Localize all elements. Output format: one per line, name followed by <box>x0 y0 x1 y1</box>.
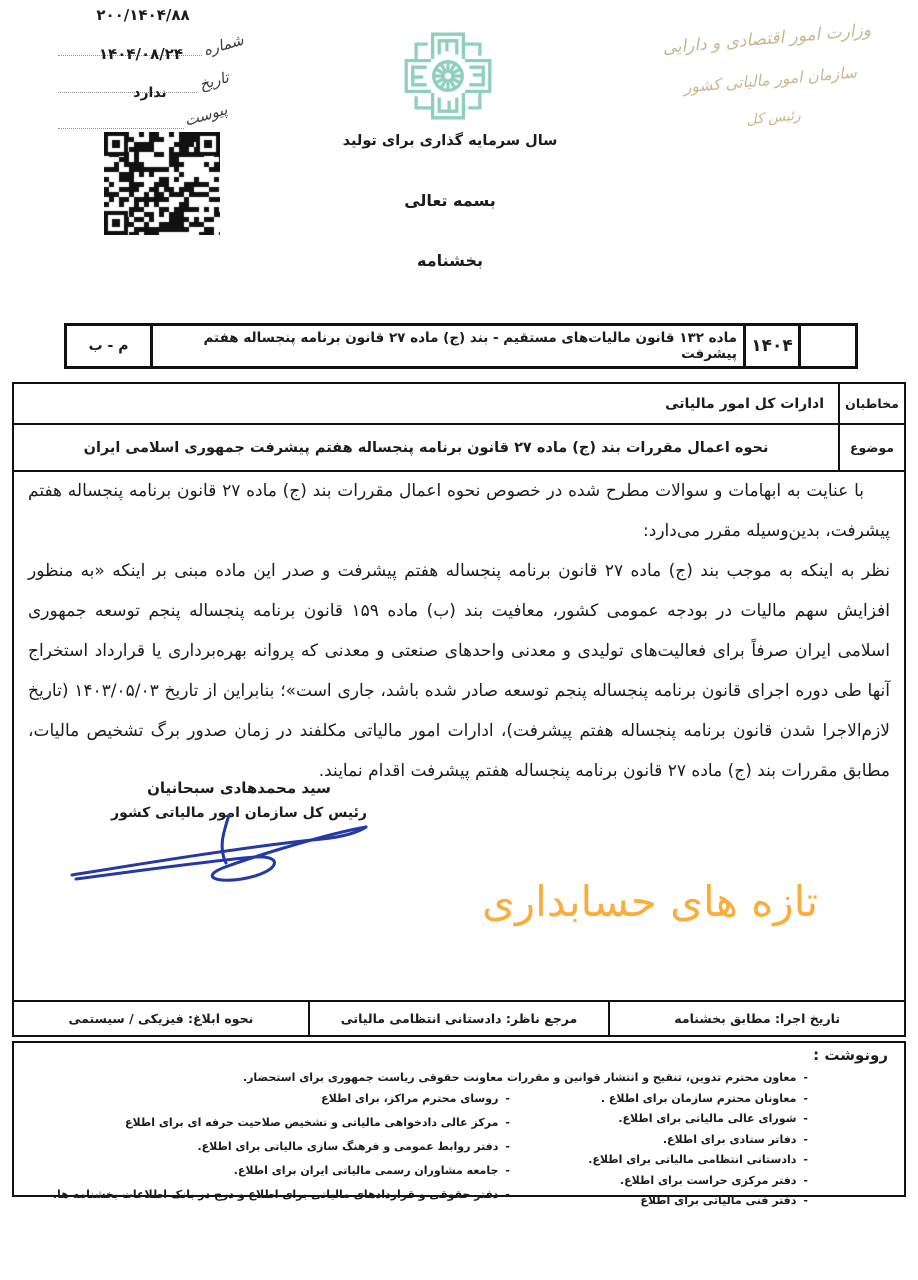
body-paragraph-2: نظر به اینکه به موجب بند (ج) ماده ۲۷ قان… <box>28 551 890 791</box>
footer-info-table: تاریخ اجرا: مطابق بخشنامه مرجع ناظر: داد… <box>12 1000 906 1037</box>
dash-marker: - <box>505 1087 510 1111</box>
copy-to-item: - روسای محترم مراکز، برای اطلاع <box>53 1087 510 1111</box>
number-label: شماره <box>201 31 245 60</box>
attachment-value: ندارد <box>120 85 180 101</box>
dash-marker: - <box>803 1191 808 1212</box>
handwritten-signature-icon <box>66 811 396 889</box>
copy-to-item-text: معاون محترم تدوین، تنقیح و انتشار قوانین… <box>243 1068 797 1089</box>
recipients-label: مخاطبان <box>838 384 904 423</box>
letter-number-value: ۲۰۰/۱۴۰۴/۸۸ <box>88 6 198 24</box>
copy-to-item-text: دفاتر ستادی برای اطلاع. <box>663 1130 797 1151</box>
recipients-row: مخاطبان ادارات کل امور مالیاتی <box>14 384 904 423</box>
classification-reference: ماده ۱۳۲ قانون مالیات‌های مستقیم - بند (… <box>153 326 743 366</box>
copy-to-item-text: روسای محترم مراکز، برای اطلاع <box>321 1087 498 1111</box>
watermark-text: تازه های حسابداری <box>482 877 818 926</box>
execution-date-cell: تاریخ اجرا: مطابق بخشنامه <box>610 1002 904 1035</box>
copy-to-item: - دفتر حقوقی و قراردادهای مالیاتی برای ا… <box>53 1183 510 1207</box>
copy-to-item-text: دفتر مرکزی حراست برای اطلاع. <box>620 1171 796 1192</box>
recipients-value: ادارات کل امور مالیاتی <box>14 384 838 423</box>
copy-to-item: - معاون محترم تدوین، تنقیح و انتشار قوان… <box>243 1068 808 1089</box>
document-type-title: بخشنامه <box>330 251 570 270</box>
attachment-label: پیوست <box>182 100 229 129</box>
copy-to-item-text: جامعه مشاوران رسمی مالیاتی ایران برای اط… <box>234 1159 499 1183</box>
notification-mode-cell: نحوه ابلاغ: فیزیکی / سیستمی <box>14 1002 308 1035</box>
year-slogan: سال سرمایه گذاری برای تولید <box>330 133 570 149</box>
dash-marker: - <box>803 1089 808 1110</box>
letter-date-value: ۱۴۰۴/۰۸/۲۴ <box>96 45 186 63</box>
copy-to-box: رونوشت : - معاون محترم تدوین، تنقیح و ان… <box>12 1041 906 1197</box>
classification-table: م - ب ماده ۱۳۲ قانون مالیات‌های مستقیم -… <box>64 323 858 369</box>
bismillah-text: بسمه تعالی <box>330 191 570 210</box>
dash-marker: - <box>505 1183 510 1207</box>
classification-code: م - ب <box>67 326 153 366</box>
signature-stroke <box>72 815 366 880</box>
copy-to-item-text: دفتر فنی مالیاتی برای اطلاع <box>640 1191 796 1212</box>
copy-to-item-text: معاونان محترم سازمان برای اطلاع . <box>601 1089 797 1110</box>
copy-to-left-column: - روسای محترم مراکز، برای اطلاع - مرکز ع… <box>53 1087 510 1207</box>
copy-to-item-text: دادستانی انتظامی مالیاتی برای اطلاع. <box>588 1150 796 1171</box>
dash-marker: - <box>803 1068 808 1089</box>
copy-to-item: - دفتر روابط عمومی و فرهنگ سازی مالیاتی … <box>53 1135 510 1159</box>
letter-body: با عنایت به ابهامات و سوالات مطرح شده در… <box>12 461 906 1000</box>
dash-marker: - <box>505 1135 510 1159</box>
dash-marker: - <box>505 1159 510 1183</box>
signatory-name: سید محمدهادی سبحانیان <box>74 779 404 797</box>
body-paragraph-1: با عنایت به ابهامات و سوالات مطرح شده در… <box>28 471 890 551</box>
copy-to-label: رونوشت : <box>813 1046 888 1064</box>
copy-to-item-text: دفتر حقوقی و قراردادهای مالیاتی برای اطل… <box>53 1183 499 1207</box>
date-label: تاریخ <box>197 68 231 94</box>
classification-empty-cell <box>801 326 855 366</box>
recipients-subject-table: مخاطبان ادارات کل امور مالیاتی موضوع نحو… <box>12 382 906 472</box>
dash-marker: - <box>803 1150 808 1171</box>
dash-marker: - <box>803 1130 808 1151</box>
tax-organization-emblem-icon <box>393 20 503 132</box>
dash-marker: - <box>803 1109 808 1130</box>
copy-to-item-text: شورای عالی مالیاتی برای اطلاع. <box>618 1109 796 1130</box>
copy-to-item: - جامعه مشاوران رسمی مالیاتی ایران برای … <box>53 1159 510 1183</box>
copy-to-item-text: دفتر روابط عمومی و فرهنگ سازی مالیاتی بر… <box>197 1135 498 1159</box>
copy-to-item-text: مرکز عالی دادخواهی مالیاتی و تشخیص صلاحی… <box>125 1111 498 1135</box>
classification-year: ۱۴۰۴ <box>743 326 801 366</box>
copy-to-item: - مرکز عالی دادخواهی مالیاتی و تشخیص صلا… <box>53 1111 510 1135</box>
dash-marker: - <box>505 1111 510 1135</box>
supervisor-cell: مرجع ناظر: دادستانی انتظامی مالیاتی <box>308 1002 611 1035</box>
ministry-letterhead: وزارت امور اقتصادی و دارایی سازمان امور … <box>625 6 914 148</box>
circular-document: ۲۰۰/۱۴۰۴/۸۸ شماره ۱۴۰۴/۰۸/۲۴ تاریخ ندارد… <box>0 0 918 1280</box>
qr-code-icon <box>104 132 220 235</box>
dash-marker: - <box>803 1171 808 1192</box>
attachment-dotted-line <box>58 128 184 129</box>
